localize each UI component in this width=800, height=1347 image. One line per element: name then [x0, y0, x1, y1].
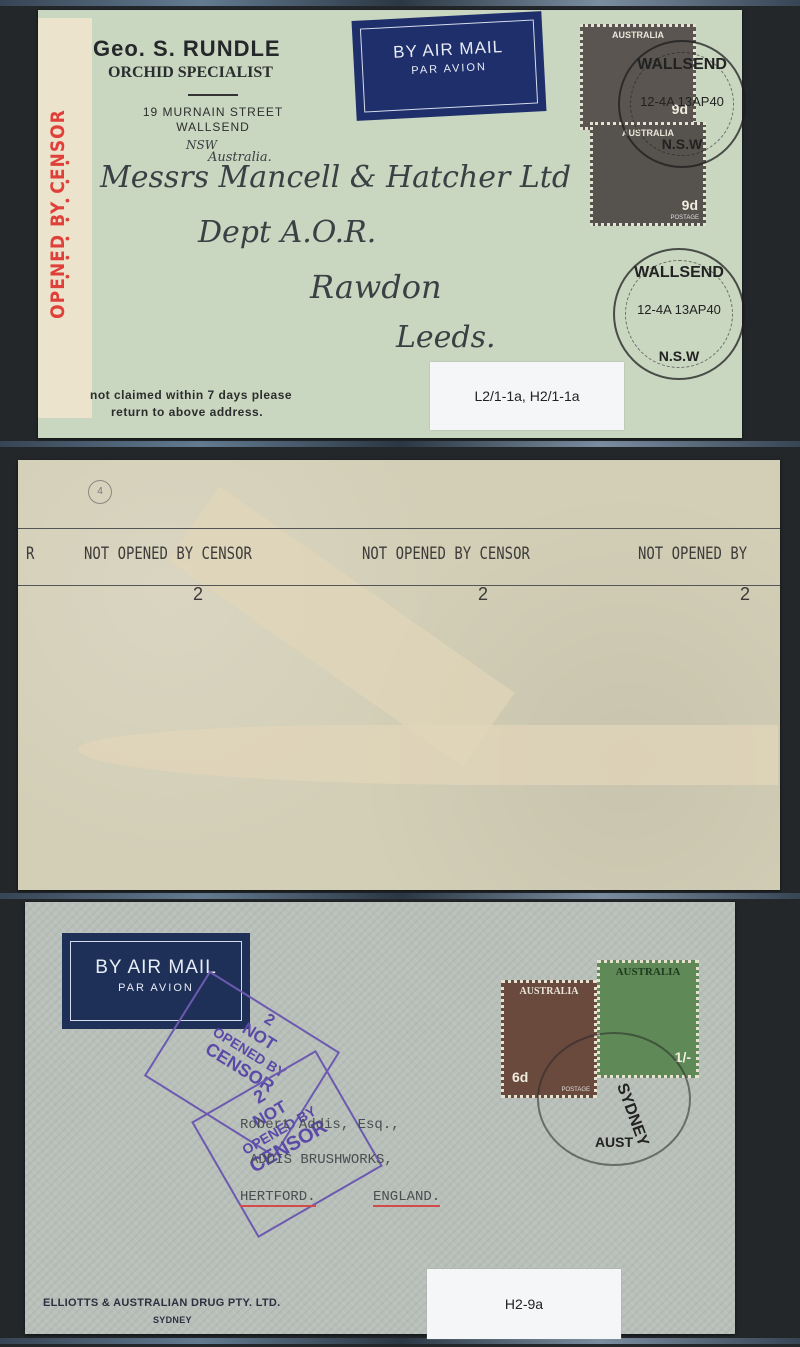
recipient-company: ADDIS BRUSHWORKS, [250, 1152, 393, 1168]
album-sleeve-edge [0, 893, 800, 899]
envelope-flap [78, 725, 778, 785]
recipient-line-1: Messrs Mancell & Hatcher Ltd [100, 160, 571, 195]
censor-band-fragment: R [26, 544, 34, 564]
postmark-wallsend: WALLSEND 12-4A 13AP40 N.S.W [618, 40, 746, 168]
censor-band-text: NOT OPENED BY CENSOR [84, 544, 252, 564]
return-notice-line-2: return to above address. [111, 405, 263, 419]
album-sleeve-edge [0, 441, 800, 447]
album-sleeve-edge [0, 1338, 800, 1344]
censor-band-text: NOT OPENED BY CENSOR [362, 544, 530, 564]
return-notice-line-1: not claimed within 7 days please [90, 388, 292, 402]
sender-city: SYDNEY [153, 1315, 192, 1325]
sender-title: ORCHID SPECIALIST [108, 64, 273, 82]
band-number: 2 [193, 584, 203, 605]
recipient-line-4: Leeds. [396, 320, 496, 355]
recipient-country: ENGLAND. [373, 1189, 440, 1207]
recipient-city: HERTFORD. [240, 1189, 316, 1207]
envelope-1-front[interactable]: OPENED BY CENSOR ••••••• Geo. S. RUNDLE … [38, 10, 742, 438]
sender-company: ELLIOTTS & AUSTRALIAN DRUG PTY. LTD. [43, 1297, 281, 1309]
postmark-sydney: SYDNEY AUST [537, 1032, 691, 1166]
divider [188, 94, 238, 96]
recipient-line-2: Dept A.O.R. [198, 215, 376, 250]
sender-name: Geo. S. RUNDLE [93, 36, 281, 62]
envelope-2-back[interactable]: 4 R NOT OPENED BY CENSOR NOT OPENED BY C… [18, 460, 780, 890]
sender-address: 19 MURNAIN STREET WALLSEND [128, 105, 298, 135]
circled-number: 4 [88, 480, 112, 504]
band-number: 2 [740, 584, 750, 605]
censor-label-strip: OPENED BY CENSOR ••••••• [38, 18, 92, 418]
recipient-line-3: Rawdon [310, 268, 442, 306]
postmark-wallsend: WALLSEND 12-4A 13AP40 N.S.W [613, 248, 745, 380]
censor-band-text: NOT OPENED BY [638, 544, 747, 564]
recipient-name: Robert Addis, Esq., [240, 1117, 400, 1133]
airmail-label: BY AIR MAIL PAR AVION [352, 11, 547, 121]
album-sleeve-edge [0, 0, 800, 6]
catalog-label: H2-9a [427, 1269, 621, 1339]
censor-label-dots: ••••••• [65, 153, 75, 286]
band-number: 2 [478, 584, 488, 605]
catalog-label: L2/1-1a, H2/1-1a [430, 362, 624, 430]
envelope-3-front[interactable]: BY AIR MAIL PAR AVION 2 NOT OPENED BY CE… [25, 902, 735, 1334]
